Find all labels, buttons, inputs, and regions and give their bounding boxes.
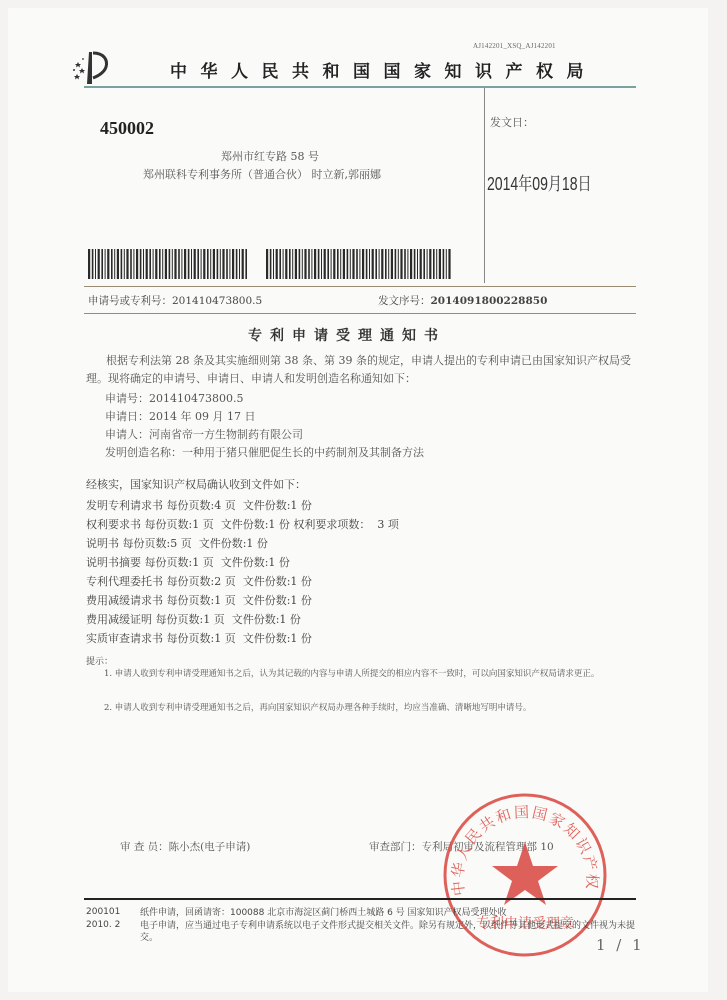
barcode-2 xyxy=(266,249,452,279)
field-label: 申请号： xyxy=(105,392,149,405)
postal-code: 450002 xyxy=(100,118,154,139)
sequence-number: 发文序号：2014091800228850 xyxy=(378,293,547,308)
field-applicant: 申请人：河南省帝一方生物制药有限公司 xyxy=(105,426,303,442)
received-file-row: 专利代理委托书 每份页数:2 页 文件份数:1 份 xyxy=(86,573,312,589)
field-label: 申请日： xyxy=(105,410,149,423)
footer-paper-note: 纸件申请，回函请寄：100088 北京市海淀区蓟门桥西土城路 6 号 国家知识产… xyxy=(140,907,640,919)
field-value: 2014 年 09 月 17 日 xyxy=(149,410,255,423)
page-number: 1 / 1 xyxy=(596,936,645,954)
received-heading: 经核实，国家知识产权局确认收到文件如下： xyxy=(86,476,306,492)
numbers-top-divider xyxy=(84,286,636,287)
vertical-divider xyxy=(484,88,485,283)
issue-date: 2014年09月18日 xyxy=(487,170,592,196)
intro-paragraph: 根据专利法第 28 条及其实施细则第 38 条、第 39 条的规定，申请人提出的… xyxy=(86,352,642,388)
received-file-row: 发明专利请求书 每份页数:4 页 文件份数:1 份 xyxy=(86,497,312,513)
field-application-date: 申请日：2014 年 09 月 17 日 xyxy=(105,408,255,424)
field-value: 201410473800.5 xyxy=(149,392,243,405)
footer-electronic-note: 电子申请，应当通过电子专利申请系统以电子文件形式提交相关文件。除另有规定外，以纸… xyxy=(140,920,640,944)
sipo-logo-icon xyxy=(70,48,116,88)
review-department: 审查部门：专利局初审及流程管理部 10 xyxy=(369,839,554,854)
field-application-number: 申请号：201410473800.5 xyxy=(105,390,243,406)
field-invention-title: 发明创造名称：一种用于猪只催肥促生长的中药制剂及其制备方法 xyxy=(105,444,424,460)
sequence-number-value: 2014091800228850 xyxy=(431,295,548,307)
application-number: 申请号或专利号：201410473800.5 xyxy=(88,293,262,308)
document-title: 专利申请受理通知书 xyxy=(248,325,446,345)
received-file-row: 说明书 每份页数:5 页 文件份数:1 份 xyxy=(86,535,268,551)
numbers-bottom-divider xyxy=(84,313,636,314)
tip-item: 1. 申请人收到专利申请受理通知书之后，认为其记载的内容与申请人所提交的相应内容… xyxy=(86,666,646,682)
recipient-agency: 郑州联科专利事务所（普通合伙） 时立新,郭丽娜 xyxy=(143,166,381,182)
received-file-row: 权利要求书 每份页数:1 页 文件份数:1 份 权利要求项数： 3 项 xyxy=(86,516,399,532)
office-title: 中华人民共和国国家知识产权局 xyxy=(170,57,597,82)
barcode-1 xyxy=(88,249,248,279)
issue-date-label: 发文日： xyxy=(490,114,534,130)
footer-form-version: 2010. 2 xyxy=(86,920,120,930)
field-value: 一种用于猪只催肥促生长的中药制剂及其制备方法 xyxy=(182,446,424,459)
received-file-row: 费用减缓请求书 每份页数:1 页 文件份数:1 份 xyxy=(86,592,312,608)
footer-divider xyxy=(84,898,636,900)
received-file-row: 说明书摘要 每份页数:1 页 文件份数:1 份 xyxy=(86,554,290,570)
sequence-number-label: 发文序号： xyxy=(378,295,431,307)
field-label: 发明创造名称： xyxy=(105,446,182,459)
document-code: AJ142201_XSQ_AJ142201 xyxy=(473,42,556,50)
header-divider xyxy=(84,86,636,88)
field-label: 申请人： xyxy=(105,428,149,441)
received-file-row: 实质审查请求书 每份页数:1 页 文件份数:1 份 xyxy=(86,630,312,646)
received-file-row: 费用减缓证明 每份页数:1 页 文件份数:1 份 xyxy=(86,611,301,627)
tip-item: 2. 申请人收到专利申请受理通知书之后，再向国家知识产权局办理各种手续时，均应当… xyxy=(86,700,646,716)
field-value: 河南省帝一方生物制药有限公司 xyxy=(149,428,303,441)
footer-form-code: 200101 xyxy=(86,907,120,917)
application-number-value: 201410473800.5 xyxy=(172,295,262,307)
application-number-label: 申请号或专利号： xyxy=(88,295,172,307)
recipient-address: 郑州市红专路 58 号 xyxy=(221,148,319,164)
examiner: 审 查 员：陈小杰(电子申请) xyxy=(120,839,250,854)
